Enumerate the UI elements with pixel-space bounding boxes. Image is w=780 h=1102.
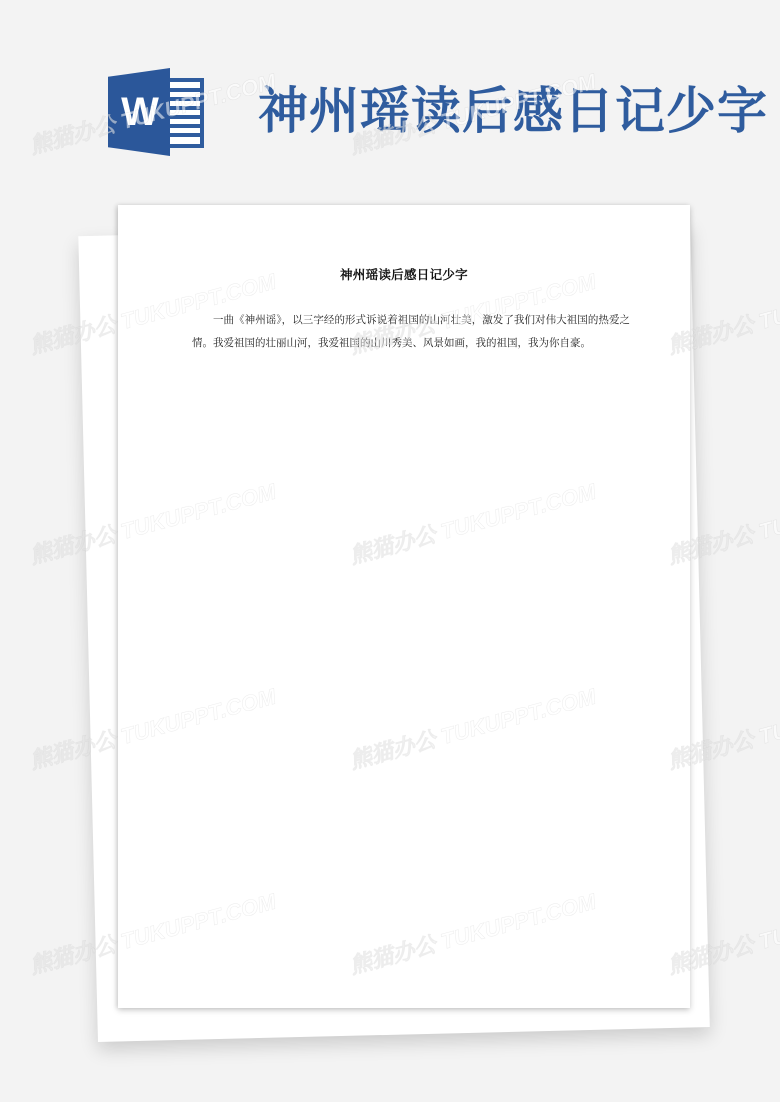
banner-title: 神州瑶读后感日记少字 bbox=[258, 76, 768, 146]
word-letter: W bbox=[117, 90, 163, 134]
word-document-icon: W bbox=[108, 68, 208, 156]
document-paragraph: 一曲《神州谣》，以三字经的形式诉说着祖国的山河壮美，激发了我们对伟大祖国的热爱之… bbox=[192, 309, 630, 355]
document-page: 神州瑶读后感日记少字 一曲《神州谣》，以三字经的形式诉说着祖国的山河壮美，激发了… bbox=[118, 205, 690, 1008]
document-title: 神州瑶读后感日记少字 bbox=[118, 265, 690, 283]
page-canvas: W 神州瑶读后感日记少字 神州瑶读后感日记少字 一曲《神州谣》，以三字经的形式诉… bbox=[0, 0, 780, 1102]
